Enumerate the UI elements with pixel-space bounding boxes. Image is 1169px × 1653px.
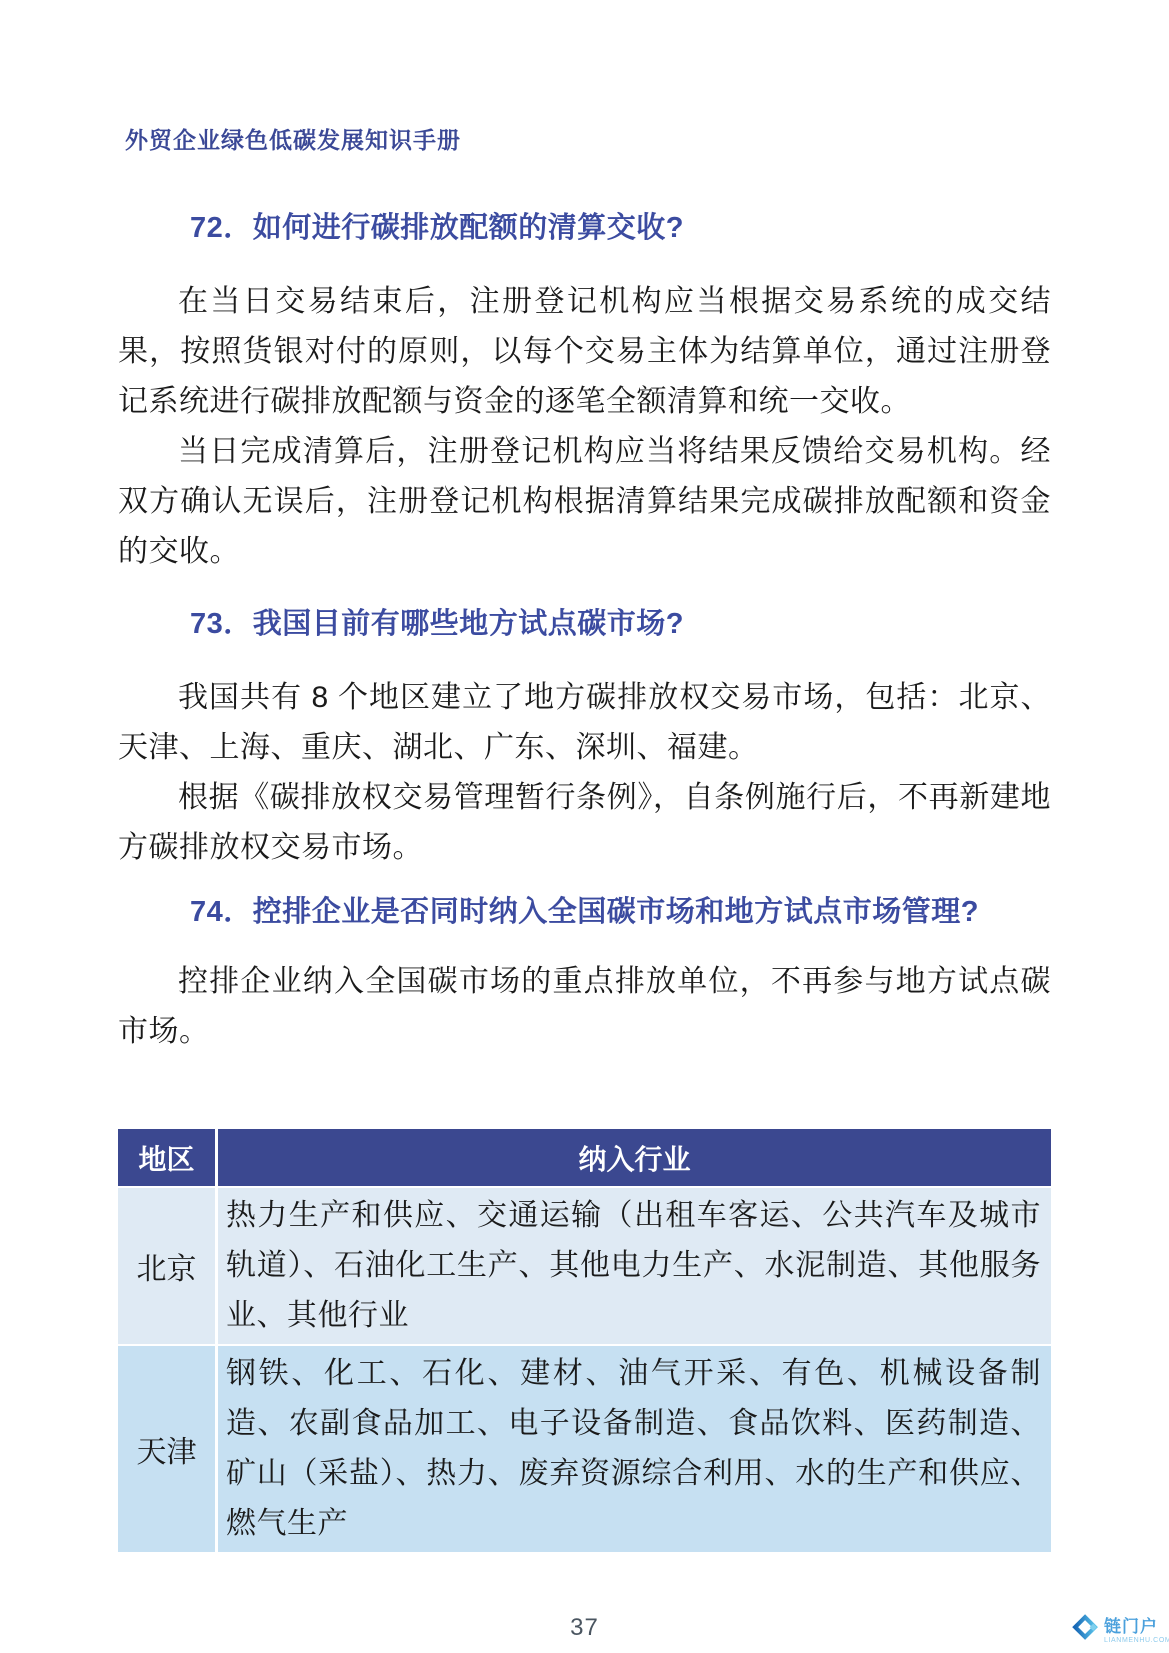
body-paragraph: 根据《碳排放权交易管理暂行条例》，自条例施行后，不再新建地方碳排放权交易市场。: [118, 773, 1051, 873]
body-paragraph: 我国共有 8 个地区建立了地方碳排放权交易市场，包括：北京、天津、上海、重庆、湖…: [118, 673, 1051, 773]
industries-cell: 热力生产和供应、交通运输（出租车客运、公共汽车及城市轨道）、石油化工生产、其他电…: [217, 1187, 1052, 1345]
question-74-heading: 74．控排企业是否同时纳入全国碳市场和地方试点市场管理?: [118, 891, 1051, 933]
table-row-beijing: 北京 热力生产和供应、交通运输（出租车客运、公共汽车及城市轨道）、石油化工生产、…: [118, 1187, 1051, 1345]
industries-cell: 钢铁、化工、石化、建材、油气开采、有色、机械设备制造、农副食品加工、电子设备制造…: [217, 1345, 1052, 1552]
page-number: 37: [118, 1614, 1051, 1642]
body-paragraph: 当日完成清算后，注册登记机构应当将结果反馈给交易机构。经双方确认无误后，注册登记…: [118, 427, 1051, 577]
watermark-domain: LIANMENHU.COM: [1104, 1637, 1169, 1644]
table-row-tianjin: 天津 钢铁、化工、石化、建材、油气开采、有色、机械设备制造、农副食品加工、电子设…: [118, 1345, 1051, 1552]
doc-header-title: 外贸企业绿色低碳发展知识手册: [125, 0, 1051, 155]
body-paragraph: 控排企业纳入全国碳市场的重点排放单位，不再参与地方试点碳市场。: [118, 957, 1051, 1057]
body-paragraph: 在当日交易结束后，注册登记机构应当根据交易系统的成交结果，按照货银对付的原则，以…: [118, 277, 1051, 427]
document-page: 外贸企业绿色低碳发展知识手册 72．如何进行碳排放配额的清算交收? 在当日交易结…: [0, 0, 1169, 1642]
table-header-row: 地区 纳入行业: [118, 1129, 1051, 1187]
question-72-heading: 72．如何进行碳排放配额的清算交收?: [118, 207, 1051, 249]
watermark-name: 链门户: [1104, 1618, 1169, 1635]
pilot-market-table: 地区 纳入行业 北京 热力生产和供应、交通运输（出租车客运、公共汽车及城市轨道）…: [118, 1129, 1051, 1552]
table-header-industries: 纳入行业: [217, 1129, 1052, 1187]
chain-diamond-icon: [1072, 1614, 1100, 1647]
question-73-heading: 73．我国目前有哪些地方试点碳市场?: [118, 603, 1051, 645]
watermark-logo: 链门户 LIANMENHU.COM: [1072, 1614, 1169, 1647]
region-cell: 天津: [118, 1345, 217, 1552]
table-header-region: 地区: [118, 1129, 217, 1187]
region-cell: 北京: [118, 1187, 217, 1345]
